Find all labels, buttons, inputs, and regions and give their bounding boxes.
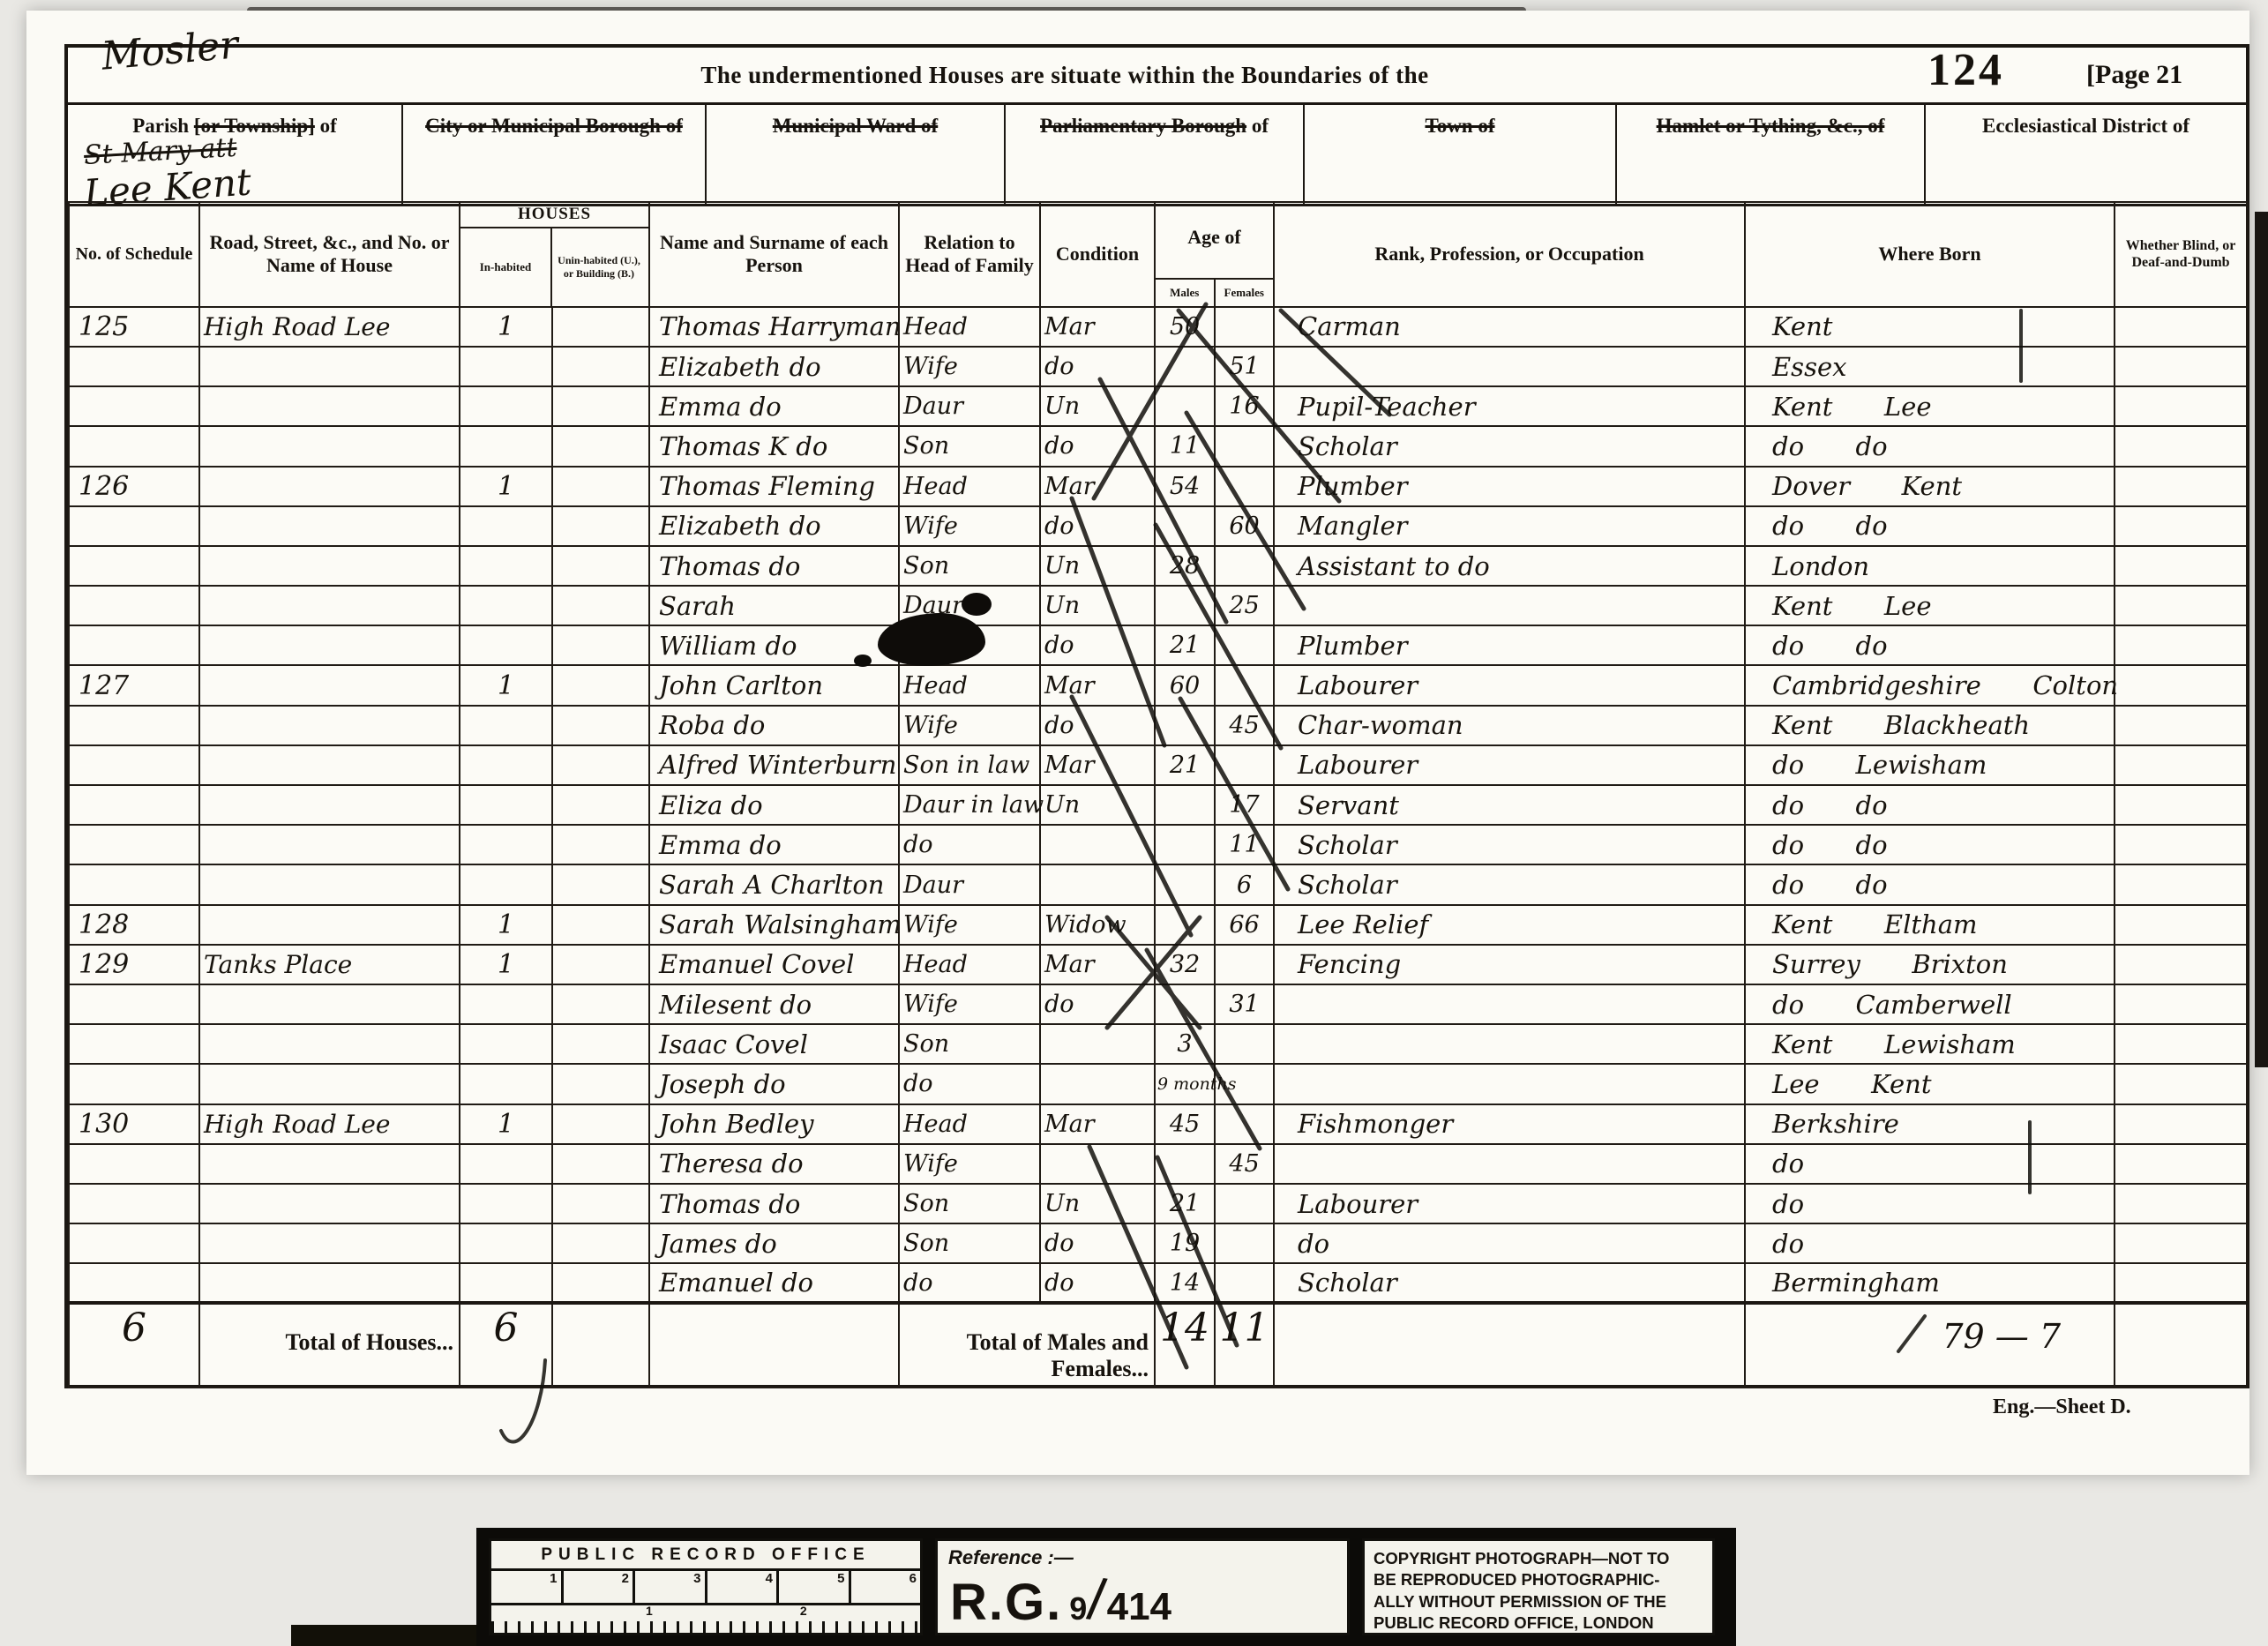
sheet-label: Eng.—Sheet D.	[1993, 1395, 2131, 1419]
cell-condition: Un	[1040, 785, 1155, 825]
field-ecclesiastical-district: Ecclesiastical District of	[1924, 105, 2246, 204]
cell-age-female	[1215, 665, 1274, 705]
cell-uninhabited	[552, 984, 649, 1024]
cell-uninhabited	[552, 785, 649, 825]
cell-where-born: Surrey Brixton	[1745, 945, 2115, 984]
cell-uninhabited	[552, 506, 649, 546]
cell-relation: do	[899, 825, 1040, 864]
cell-road	[199, 467, 460, 506]
cell-uninhabited	[552, 426, 649, 466]
col-header-schedule: No. of Schedule	[69, 202, 199, 307]
cell-age-male: 45	[1155, 1104, 1215, 1144]
col-header-houses: HOUSES In-habited Unin-habited (U.), or …	[460, 202, 649, 307]
copyright-line: BE REPRODUCED PHOTOGRAPHIC-	[1374, 1569, 1703, 1590]
houses-title: HOUSES	[460, 203, 648, 228]
cell-age-male	[1155, 1144, 1215, 1184]
census-table: No. of Schedule Road, Street, &c., and N…	[68, 201, 2248, 1388]
cell-name: Emma do	[649, 386, 899, 426]
cell-condition: Un	[1040, 1184, 1155, 1223]
census-table-header: No. of Schedule Road, Street, &c., and N…	[69, 202, 2247, 307]
cell-name: Eliza do	[649, 785, 899, 825]
cell-age-male: 21	[1155, 745, 1215, 785]
cell-where-born: do Lewisham	[1745, 745, 2115, 785]
cell-name: Emanuel Covel	[649, 945, 899, 984]
cell-age-female: 66	[1215, 905, 1274, 945]
cell-occupation	[1274, 347, 1745, 386]
cell-age-male: 11	[1155, 426, 1215, 466]
cell-age-male: 19	[1155, 1223, 1215, 1263]
cell-age-female: 31	[1215, 984, 1274, 1024]
cell-name: Sarah A Charlton	[649, 864, 899, 904]
ruler-number: 3	[693, 1571, 700, 1586]
cell-uninhabited	[552, 945, 649, 984]
cell-name: Sarah	[649, 586, 899, 625]
cell-age-male: 50	[1155, 307, 1215, 347]
cell-infirmity	[2115, 307, 2247, 347]
table-row: 128 1 Sarah Walsingham Wife Widow 66 Lee…	[69, 905, 2247, 945]
cell-occupation: Labourer	[1274, 1184, 1745, 1223]
cell-where-born: Kent	[1745, 307, 2115, 347]
town-label: Town of	[1425, 115, 1494, 137]
cell-condition	[1040, 1064, 1155, 1104]
cell-where-born: do do	[1745, 625, 2115, 665]
cell-where-born: Berkshire	[1745, 1104, 2115, 1144]
cell-inhabited	[460, 1064, 552, 1104]
cell-name: John Bedley	[649, 1104, 899, 1144]
cell-condition	[1040, 1024, 1155, 1064]
cell-relation: Wife	[899, 905, 1040, 945]
table-row: Milesent do Wife do 31 do Camberwell	[69, 984, 2247, 1024]
table-row: 127 1 John Carlton Head Mar 60 Labourer …	[69, 665, 2247, 705]
cell-occupation: Char-woman	[1274, 706, 1745, 745]
cell-uninhabited	[552, 625, 649, 665]
totals-uninhabited-empty	[552, 1303, 649, 1388]
cell-age-male: 9 months	[1155, 1064, 1215, 1104]
cell-name: Thomas Harryman	[649, 307, 899, 347]
cell-road	[199, 984, 460, 1024]
cell-schedule	[69, 1024, 199, 1064]
cell-age-female	[1215, 1263, 1274, 1303]
cell-uninhabited	[552, 347, 649, 386]
cell-infirmity	[2115, 1104, 2247, 1144]
table-row: 130 High Road Lee 1 John Bedley Head Mar…	[69, 1104, 2247, 1144]
cell-occupation: do	[1274, 1223, 1745, 1263]
cell-name: Emanuel do	[649, 1263, 899, 1303]
cell-where-born: Kent Lee	[1745, 586, 2115, 625]
cell-relation: Wife	[899, 506, 1040, 546]
cell-schedule: 129	[69, 945, 199, 984]
col-header-condition: Condition	[1040, 202, 1155, 307]
col-header-age: Age of Males Females	[1155, 202, 1274, 307]
cell-uninhabited	[552, 706, 649, 745]
total-of-houses-value: 6	[460, 1303, 552, 1388]
cell-road	[199, 1223, 460, 1263]
cell-occupation	[1274, 1064, 1745, 1104]
cell-name: Thomas Fleming	[649, 467, 899, 506]
cell-schedule: 128	[69, 905, 199, 945]
cell-condition	[1040, 864, 1155, 904]
cell-infirmity	[2115, 546, 2247, 586]
cell-road	[199, 745, 460, 785]
field-municipal-borough: City or Municipal Borough of	[401, 105, 705, 204]
cell-relation: Wife	[899, 706, 1040, 745]
cell-age-female	[1215, 1024, 1274, 1064]
cell-name: Thomas do	[649, 1184, 899, 1223]
col-header-inhabited: In-habited	[460, 228, 550, 306]
cell-occupation: Mangler	[1274, 506, 1745, 546]
cell-inhabited	[460, 1263, 552, 1303]
total-of-houses-label: Total of Houses...	[199, 1303, 460, 1388]
cell-road	[199, 546, 460, 586]
cell-age-female	[1215, 426, 1274, 466]
cell-occupation: Lee Relief	[1274, 905, 1745, 945]
cell-infirmity	[2115, 825, 2247, 864]
ruler-scale-cm: 1 2	[491, 1605, 920, 1634]
col-header-infirmity: Whether Blind, or Deaf-and-Dumb	[2115, 202, 2247, 307]
cell-infirmity	[2115, 1184, 2247, 1223]
municipal-ward-label: Municipal Ward of	[773, 115, 938, 137]
table-row: Thomas K do Son do 11 Scholar do do	[69, 426, 2247, 466]
ink-blot-small	[854, 655, 872, 667]
cell-age-male	[1155, 864, 1215, 904]
cell-name: John Carlton	[649, 665, 899, 705]
cell-schedule	[69, 586, 199, 625]
cell-age-male	[1155, 905, 1215, 945]
cell-uninhabited	[552, 825, 649, 864]
cell-age-female: 45	[1215, 1144, 1274, 1184]
cell-inhabited	[460, 386, 552, 426]
cell-inhabited: 1	[460, 467, 552, 506]
cell-road	[199, 1024, 460, 1064]
page-number-label: [Page 21	[2086, 60, 2182, 90]
table-row: 125 High Road Lee 1 Thomas Harryman Head…	[69, 307, 2247, 347]
cell-relation: Daur in law	[899, 785, 1040, 825]
cell-age-female	[1215, 307, 1274, 347]
cell-inhabited	[460, 586, 552, 625]
cell-occupation	[1274, 586, 1745, 625]
cell-age-female	[1215, 625, 1274, 665]
census-rows: 125 High Road Lee 1 Thomas Harryman Head…	[69, 307, 2247, 1304]
cell-inhabited	[460, 546, 552, 586]
cell-infirmity	[2115, 426, 2247, 466]
cell-where-born: do do	[1745, 426, 2115, 466]
hamlet-label: Hamlet or Tything, &c., of	[1657, 115, 1885, 137]
banner-row: Mosler The undermentioned Houses are sit…	[68, 48, 2246, 102]
cell-uninhabited	[552, 1223, 649, 1263]
cell-where-born: Dover Kent	[1745, 467, 2115, 506]
cell-road	[199, 625, 460, 665]
col-header-name: Name and Surname of each Person	[649, 202, 899, 307]
cell-schedule	[69, 1184, 199, 1223]
reference-piece-number: 414	[1107, 1585, 1171, 1629]
cell-condition: Mar	[1040, 1104, 1155, 1144]
cell-age-female	[1215, 467, 1274, 506]
cell-road	[199, 347, 460, 386]
houses-subcolumns: In-habited Unin-habited (U.), or Buildin…	[460, 228, 648, 306]
cell-road: Tanks Place	[199, 945, 460, 984]
field-parliamentary-borough: Parliamentary Borough of	[1004, 105, 1303, 204]
cell-name: Thomas do	[649, 546, 899, 586]
cell-inhabited: 1	[460, 665, 552, 705]
totals-schedule-count: 6	[69, 1303, 199, 1388]
cell-relation: do	[899, 1064, 1040, 1104]
cell-infirmity	[2115, 745, 2247, 785]
cell-relation: Son in law	[899, 745, 1040, 785]
cell-inhabited	[460, 864, 552, 904]
cell-age-female: 25	[1215, 586, 1274, 625]
cell-occupation	[1274, 1144, 1745, 1184]
parliamentary-borough-label: Parliamentary Borough	[1040, 115, 1246, 137]
parliamentary-borough-of: of	[1252, 115, 1269, 137]
col-header-uninhabited: Unin-habited (U.), or Building (B.)	[550, 228, 646, 306]
ruler-number: 4	[766, 1571, 773, 1586]
cell-age-female	[1215, 1223, 1274, 1263]
cell-relation: Head	[899, 1104, 1040, 1144]
cell-road	[199, 905, 460, 945]
scan-edge-shadow-bottom	[291, 1625, 503, 1646]
cell-relation: Daur	[899, 386, 1040, 426]
cell-schedule	[69, 706, 199, 745]
cell-age-male: 54	[1155, 467, 1215, 506]
cell-age-female: 17	[1215, 785, 1274, 825]
cell-age-male: 32	[1155, 945, 1215, 984]
cell-infirmity	[2115, 586, 2247, 625]
field-parish: Parish [or Township] of St Mary att Lee …	[68, 105, 401, 204]
cell-relation: Wife	[899, 1144, 1040, 1184]
table-row: Emma do Daur Un 16 Pupil-Teacher Kent Le…	[69, 386, 2247, 426]
cell-condition: do	[1040, 984, 1155, 1024]
cell-age-male	[1155, 386, 1215, 426]
cell-relation: Head	[899, 665, 1040, 705]
col-header-females: Females	[1214, 280, 1274, 306]
cell-occupation: Fencing	[1274, 945, 1745, 984]
table-row: James do Son do 19 do do	[69, 1223, 2247, 1263]
cell-age-male	[1155, 706, 1215, 745]
cell-road	[199, 1064, 460, 1104]
cell-age-male: 28	[1155, 546, 1215, 586]
cell-occupation: Servant	[1274, 785, 1745, 825]
cell-age-female	[1215, 745, 1274, 785]
cell-relation: Son	[899, 1024, 1040, 1064]
cell-uninhabited	[552, 864, 649, 904]
cell-inhabited	[460, 745, 552, 785]
cell-road: High Road Lee	[199, 1104, 460, 1144]
totals-name-empty	[649, 1303, 899, 1388]
cell-where-born: do	[1745, 1144, 2115, 1184]
cell-condition: do	[1040, 426, 1155, 466]
cell-inhabited: 1	[460, 307, 552, 347]
cell-where-born: London	[1745, 546, 2115, 586]
cell-occupation: Carman	[1274, 307, 1745, 347]
table-row: 126 1 Thomas Fleming Head Mar 54 Plumber…	[69, 467, 2247, 506]
cell-infirmity	[2115, 864, 2247, 904]
cell-road	[199, 506, 460, 546]
cell-name: Isaac Covel	[649, 1024, 899, 1064]
cell-condition: do	[1040, 706, 1155, 745]
cell-name: Elizabeth do	[649, 506, 899, 546]
cell-road	[199, 586, 460, 625]
cell-uninhabited	[552, 586, 649, 625]
cell-name: Joseph do	[649, 1064, 899, 1104]
cell-condition: Widow	[1040, 905, 1155, 945]
cell-inhabited	[460, 706, 552, 745]
cell-inhabited	[460, 1144, 552, 1184]
cell-name: Elizabeth do	[649, 347, 899, 386]
totals-handwritten-scrawl: 79 — 7	[1745, 1303, 2115, 1388]
cell-condition: Mar	[1040, 307, 1155, 347]
cell-occupation: Labourer	[1274, 745, 1745, 785]
table-row: Alfred Winterburn Son in law Mar 21 Labo…	[69, 745, 2247, 785]
ruler-number: 1	[646, 1604, 653, 1618]
cell-age-female	[1215, 1184, 1274, 1223]
cell-condition: Un	[1040, 546, 1155, 586]
cell-road	[199, 1184, 460, 1223]
totals-occupation-empty	[1274, 1303, 1745, 1388]
col-header-males: Males	[1156, 280, 1214, 306]
cell-relation: Son	[899, 426, 1040, 466]
col-header-where-born: Where Born	[1745, 202, 2115, 307]
cell-relation: Wife	[899, 984, 1040, 1024]
cell-age-female: 60	[1215, 506, 1274, 546]
cell-age-female	[1215, 1104, 1274, 1144]
cell-relation: Head	[899, 307, 1040, 347]
cell-uninhabited	[552, 1184, 649, 1223]
cell-infirmity	[2115, 625, 2247, 665]
cell-infirmity	[2115, 1223, 2247, 1263]
pro-reference: Reference :— R.G. 9 / 414	[935, 1538, 1350, 1635]
cell-road	[199, 1263, 460, 1303]
municipal-borough-label: City or Municipal Borough of	[425, 115, 683, 137]
scan-edge-shadow	[2255, 212, 2268, 1067]
total-females-value: 11	[1215, 1303, 1274, 1388]
cell-road	[199, 825, 460, 864]
cell-name: James do	[649, 1223, 899, 1263]
total-males-value: 14	[1155, 1303, 1215, 1388]
cell-inhabited	[460, 506, 552, 546]
cell-where-born: Kent Lee	[1745, 386, 2115, 426]
cell-where-born: do do	[1745, 785, 2115, 825]
cell-relation: Son	[899, 1184, 1040, 1223]
cell-inhabited	[460, 785, 552, 825]
table-row: Isaac Covel Son 3 Kent Lewisham	[69, 1024, 2247, 1064]
cell-condition: Mar	[1040, 745, 1155, 785]
cell-schedule: 130	[69, 1104, 199, 1144]
cell-uninhabited	[552, 307, 649, 347]
cell-road	[199, 426, 460, 466]
cell-occupation: Plumber	[1274, 467, 1745, 506]
field-town: Town of	[1303, 105, 1615, 204]
age-title: Age of	[1156, 203, 1273, 252]
cell-age-male	[1155, 984, 1215, 1024]
cell-condition: do	[1040, 1223, 1155, 1263]
cell-where-born: Bermingham	[1745, 1263, 2115, 1303]
cell-name: Milesent do	[649, 984, 899, 1024]
cell-inhabited: 1	[460, 905, 552, 945]
table-row: Emma do do 11 Scholar do do	[69, 825, 2247, 864]
cell-where-born: Cambridgeshire Colton	[1745, 665, 2115, 705]
cell-occupation: Labourer	[1274, 665, 1745, 705]
census-scan-page: Mosler The undermentioned Houses are sit…	[0, 0, 2268, 1646]
cell-infirmity	[2115, 706, 2247, 745]
cell-infirmity	[2115, 347, 2247, 386]
cell-schedule: 127	[69, 665, 199, 705]
cell-name: Thomas K do	[649, 426, 899, 466]
cell-uninhabited	[552, 467, 649, 506]
cell-relation: Head	[899, 945, 1040, 984]
copyright-line: ALLY WITHOUT PERMISSION OF THE	[1374, 1591, 1703, 1612]
cell-occupation: Plumber	[1274, 625, 1745, 665]
cell-where-born: do do	[1745, 506, 2115, 546]
cell-where-born: Lee Kent	[1745, 1064, 2115, 1104]
table-row: Roba do Wife do 45 Char-woman Kent Black…	[69, 706, 2247, 745]
pro-stamp: PUBLIC RECORD OFFICE 1 2 3 4 5 6 1 2 Ref…	[476, 1528, 1736, 1646]
cell-inhabited	[460, 1024, 552, 1064]
ruler-number: 2	[622, 1571, 629, 1586]
cell-condition: do	[1040, 1263, 1155, 1303]
cell-infirmity	[2115, 984, 2247, 1024]
cell-where-born: do Camberwell	[1745, 984, 2115, 1024]
cell-age-male: 14	[1155, 1263, 1215, 1303]
cell-age-female: 51	[1215, 347, 1274, 386]
table-row: Eliza do Daur in law Un 17 Servant do do	[69, 785, 2247, 825]
pro-ruler: PUBLIC RECORD OFFICE 1 2 3 4 5 6 1 2	[489, 1538, 923, 1635]
cell-occupation: Assistant to do	[1274, 546, 1745, 586]
cell-age-female	[1215, 546, 1274, 586]
cell-name: Emma do	[649, 825, 899, 864]
cell-schedule	[69, 347, 199, 386]
cell-age-female	[1215, 945, 1274, 984]
cell-name: Roba do	[649, 706, 899, 745]
reference-slash: /	[1084, 1565, 1110, 1634]
cell-road	[199, 386, 460, 426]
cell-where-born: do	[1745, 1223, 2115, 1263]
table-row: Sarah Daur Un 25 Kent Lee	[69, 586, 2247, 625]
table-row: Theresa do Wife 45 do	[69, 1144, 2247, 1184]
cell-age-female: 11	[1215, 825, 1274, 864]
cell-age-female: 16	[1215, 386, 1274, 426]
ecclesiastical-district-label: Ecclesiastical District of	[1982, 115, 2189, 137]
reference-value: R.G. 9 / 414	[950, 1566, 1171, 1633]
cell-occupation: Scholar	[1274, 825, 1745, 864]
col-header-occupation: Rank, Profession, or Occupation	[1274, 202, 1745, 307]
cell-infirmity	[2115, 1024, 2247, 1064]
pro-office-title: PUBLIC RECORD OFFICE	[491, 1541, 920, 1565]
cell-inhabited	[460, 625, 552, 665]
cell-uninhabited	[552, 546, 649, 586]
ruler-scale-inches: 1 2 3 4 5 6	[491, 1568, 920, 1605]
cell-occupation: Scholar	[1274, 426, 1745, 466]
copyright-line: PUBLIC RECORD OFFICE, LONDON	[1374, 1612, 1703, 1634]
cell-road	[199, 785, 460, 825]
cell-name: Sarah Walsingham	[649, 905, 899, 945]
field-municipal-ward: Municipal Ward of	[705, 105, 1004, 204]
folio-number: 124	[1927, 44, 2004, 96]
cell-occupation: Scholar	[1274, 864, 1745, 904]
cell-occupation	[1274, 1024, 1745, 1064]
cell-schedule	[69, 506, 199, 546]
cell-infirmity	[2115, 1144, 2247, 1184]
table-row: Sarah A Charlton Daur 6 Scholar do do	[69, 864, 2247, 904]
district-header-row: Parish [or Township] of St Mary att Lee …	[68, 102, 2246, 206]
age-subcolumns: Males Females	[1156, 278, 1273, 306]
cell-schedule	[69, 386, 199, 426]
cell-infirmity	[2115, 386, 2247, 426]
cell-age-female: 6	[1215, 864, 1274, 904]
cell-occupation: Fishmonger	[1274, 1104, 1745, 1144]
cell-condition	[1040, 825, 1155, 864]
cell-inhabited	[460, 426, 552, 466]
cell-uninhabited	[552, 1263, 649, 1303]
